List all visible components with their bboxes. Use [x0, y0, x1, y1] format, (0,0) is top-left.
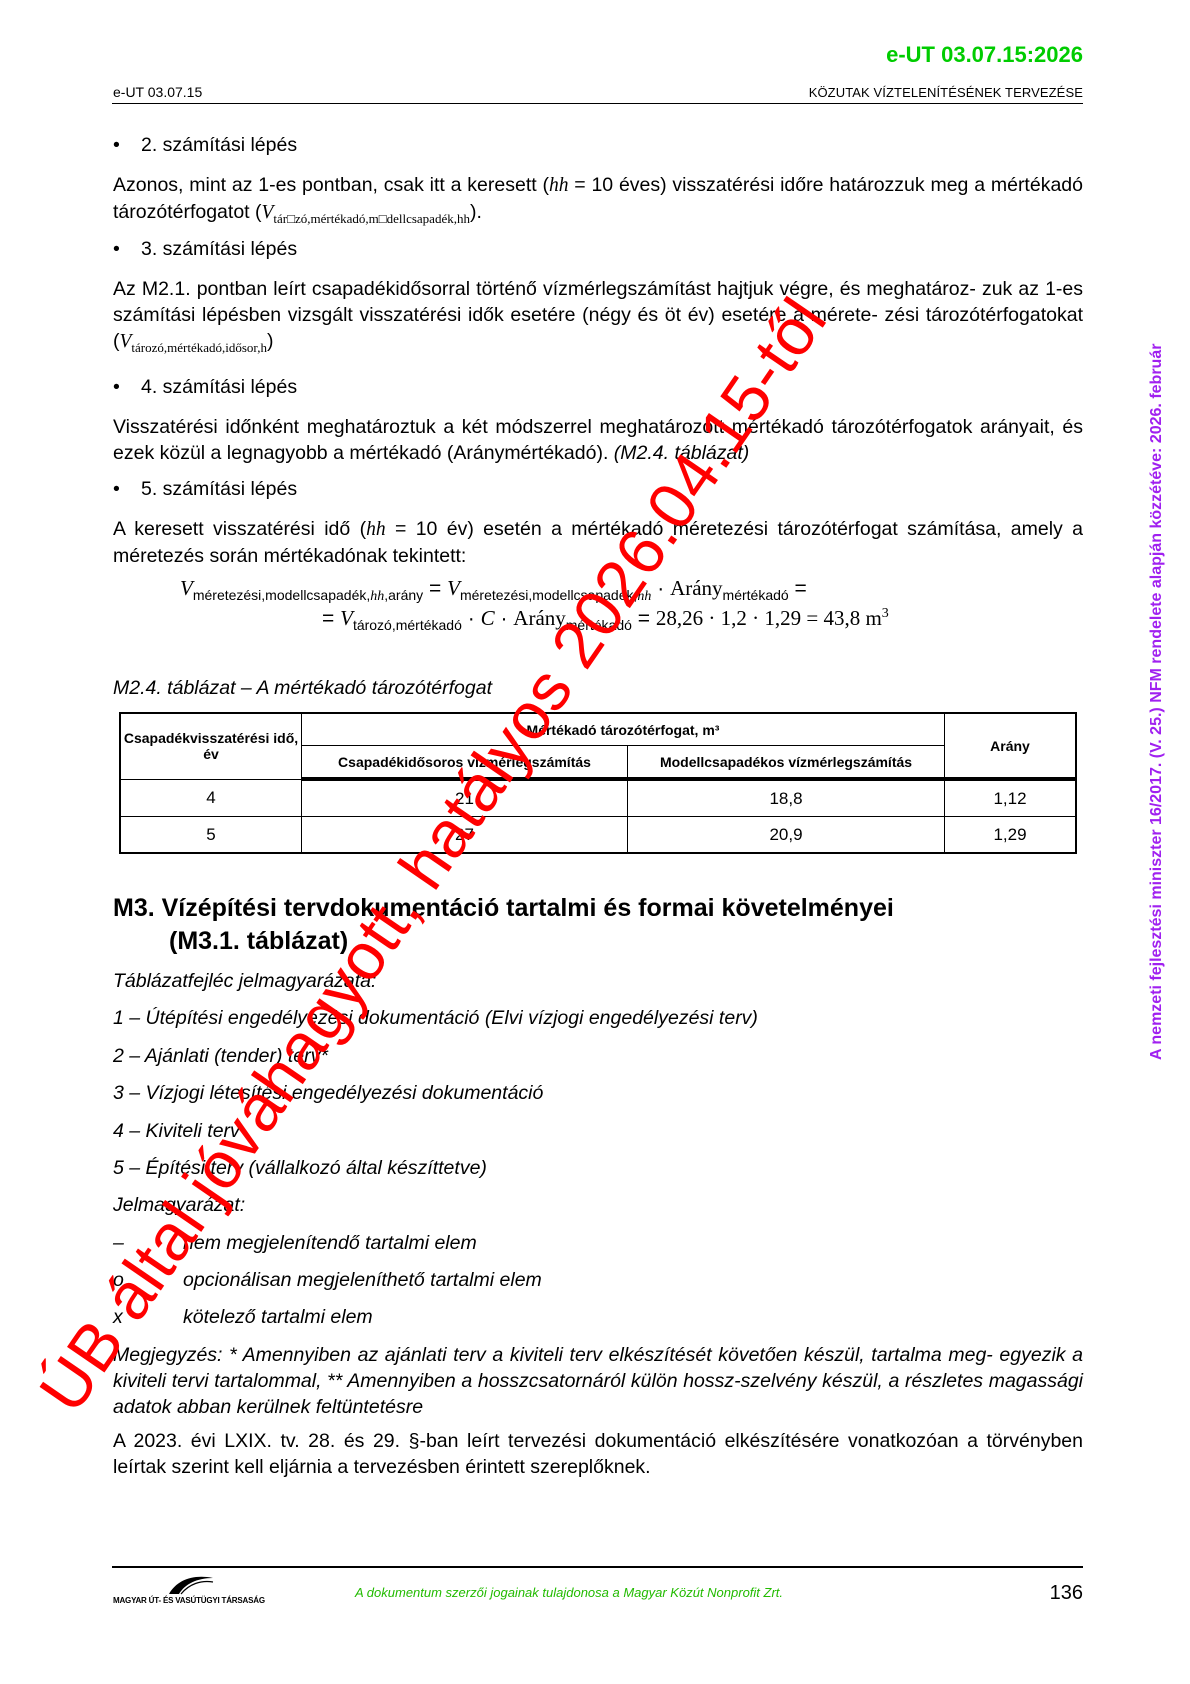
math-subscript: tározó,mértékadó [353, 617, 462, 633]
step-label: 3. számítási lépés [141, 238, 297, 260]
cell: 18,8 [628, 779, 945, 817]
cell: 1,12 [945, 779, 1077, 817]
table-row: 5 27 20,9 1,29 [120, 817, 1076, 854]
step-3-text: Az M2.1. pontban leírt csapadékidősorral… [113, 276, 1083, 361]
math-var: hh [549, 175, 569, 196]
equation-result: 28,26 · 1,2 · 1,29 = 43,8 m [656, 606, 882, 630]
legend-item-1: 1 – Útépítési engedélyezési dokumentáció… [113, 1007, 758, 1030]
note-paragraph: Megjegyzés: * Amennyiben az ajánlati ter… [113, 1342, 1083, 1420]
col-header-ratio: Arány [945, 713, 1077, 779]
section-heading-m3: M3. Vízépítési tervdokumentáció tartalmi… [113, 892, 894, 958]
symbol-desc: kötelező tartalmi elem [183, 1306, 373, 1328]
math-subscript: tározó,mértékadó,idősor,h [131, 340, 267, 355]
text: hh [370, 589, 384, 604]
math-subscript: mértékadó [723, 587, 789, 603]
unit-superscript: 3 [882, 606, 889, 621]
equals-sign: = [429, 577, 441, 600]
step-label: 2. számítási lépés [141, 134, 297, 156]
cell: 1,29 [945, 817, 1077, 854]
legend-item-3: 3 – Vízjogi létesítési engedélyezési dok… [113, 1082, 543, 1105]
equals-sign: = [322, 607, 334, 630]
closing-paragraph: A 2023. évi LXIX. tv. 28. és 29. §-ban l… [113, 1428, 1083, 1480]
symbol-desc: opcionálisan megjeleníthető tartalmi ele… [183, 1269, 542, 1291]
header-title: Közutak víztelenítésének tervezése [809, 85, 1083, 100]
dot-operator: · [468, 607, 475, 630]
math-subscript: tár□zó,mértékadó,m□dellcsapadék,hh [273, 211, 470, 226]
math-var: V [180, 576, 193, 600]
cell: 20,9 [628, 817, 945, 854]
document-code-top: e-UT 03.07.15:2026 [886, 42, 1083, 68]
step-3-bullet: •3. számítási lépés [113, 238, 297, 261]
header-title-text: Közutak víztelenítésének tervezése [809, 85, 1083, 100]
step-5-bullet: •5. számítási lépés [113, 478, 297, 501]
step-2-bullet: •2. számítási lépés [113, 134, 297, 157]
page-number: 136 [1050, 1582, 1083, 1605]
table-row: 4 21 18,8 1,12 [120, 779, 1076, 817]
step-4-text: Visszatérési időnként meghatároztuk a ké… [113, 414, 1083, 466]
equals-sign: = [795, 577, 807, 600]
footer-rule [112, 1566, 1083, 1568]
math-var: hh [366, 519, 386, 540]
text: ). [470, 201, 482, 223]
swoosh-logo-icon [167, 1574, 215, 1596]
header-doc-code: e-UT 03.07.15 [113, 84, 202, 100]
text: méretezési,modellcsapadék, [193, 587, 370, 603]
math-var: V [120, 331, 132, 352]
col-header-return-period: Csapadékvisszatérési idő, év [120, 713, 302, 779]
text: Visszatérési időnként meghatároztuk a ké… [113, 416, 1083, 464]
text: ) [267, 330, 274, 352]
math-var: V [262, 202, 274, 223]
step-label: 4. számítási lépés [141, 376, 297, 398]
header-rule [112, 103, 1083, 104]
org-name: MAGYAR ÚT- ÉS VASÚTÜGYI TÁRSASÁG [113, 1596, 265, 1605]
step-4-bullet: •4. számítási lépés [113, 376, 297, 399]
math-var: V [340, 606, 353, 630]
col-group-header-volume: Mértékadó tározótérfogat, m³ [302, 713, 945, 746]
org-logo: MAGYAR ÚT- ÉS VASÚTÜGYI TÁRSASÁG [113, 1572, 263, 1612]
col-header-model-rain: Modellcsapadékos vízmérlegszámítás [628, 746, 945, 780]
math-subscript: méretezési,modellcsapadék,hh,arány [193, 587, 423, 603]
table-caption: M2.4. táblázat – A mértékadó tározótérfo… [113, 677, 492, 700]
math-var: C [481, 606, 495, 630]
equation-line-1: Vméretezési,modellcsapadék,hh,arány = Vm… [180, 576, 807, 605]
step-label: 5. számítási lépés [141, 478, 297, 500]
footer-copyright: A dokumentum szerzői jogainak tulajdonos… [355, 1585, 783, 1600]
bullet-icon: • [113, 134, 141, 157]
bullet-icon: • [113, 238, 141, 261]
dot-operator: · [500, 607, 507, 630]
text: ,arány [384, 587, 423, 603]
bullet-icon: • [113, 478, 141, 501]
heading-line-1: M3. Vízépítési tervdokumentáció tartalmi… [113, 894, 894, 922]
bullet-icon: • [113, 376, 141, 399]
step-2-text: Azonos, mint az 1-es pontban, csak itt a… [113, 172, 1083, 232]
text: A keresett visszatérési idő ( [113, 518, 366, 540]
publication-side-note: A nemzeti fejlesztési miniszter 16/2017.… [1148, 344, 1166, 1060]
math-var: Arány [670, 576, 722, 600]
math-var: V [447, 576, 460, 600]
symbol-desc: nem megjelenítendő tartalmi elem [183, 1232, 477, 1254]
cell: 5 [120, 817, 302, 854]
heading-line-2: (M3.1. táblázat) [113, 925, 894, 958]
cell: 4 [120, 779, 302, 817]
text: Azonos, mint az 1-es pontban, csak itt a… [113, 174, 549, 196]
table-m2-4: Csapadékvisszatérési idő, év Mértékadó t… [119, 712, 1077, 854]
